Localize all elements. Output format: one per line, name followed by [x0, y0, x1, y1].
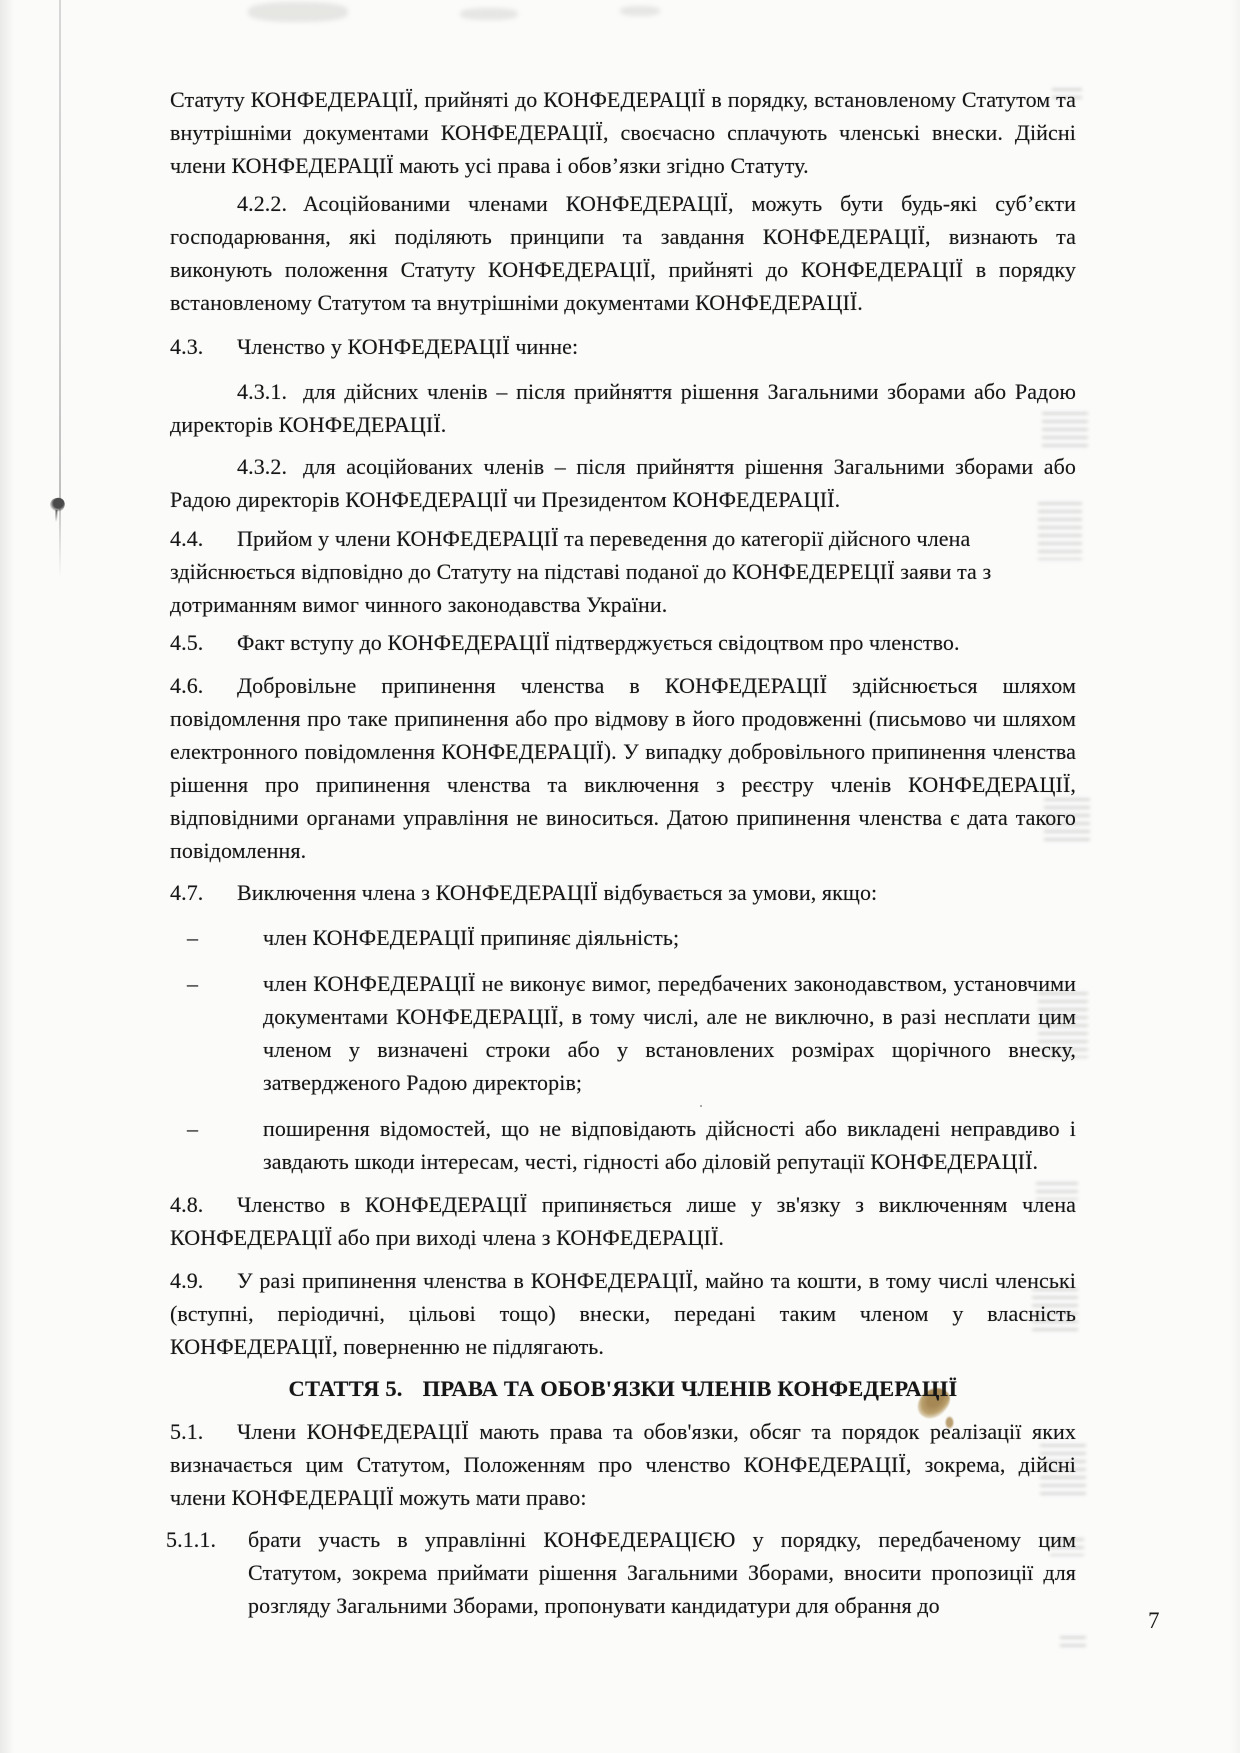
clause-5-1-1: 5.1.1.брати участь в управлінні КОНФЕДЕР… [170, 1523, 1076, 1622]
clause-number: 4.9. [170, 1264, 237, 1297]
clause-text: брати участь в управлінні КОНФЕДЕРАЦІЄЮ … [248, 1527, 1076, 1618]
dash-bullet-marker: – [225, 921, 263, 954]
clause-number: 4.4. [170, 522, 237, 555]
scan-smudge [248, 2, 348, 22]
bullet-text: поширення відомостей, що не відповідають… [263, 1116, 1076, 1174]
bullet-text: член КОНФЕДЕРАЦІЇ припиняє діяльність; [263, 925, 679, 950]
clause-text: Виключення члена з КОНФЕДЕРАЦІЇ відбуває… [237, 880, 877, 905]
page-number: 7 [1148, 1608, 1160, 1634]
clause-number: 4.6. [170, 669, 237, 702]
clause-4-7: 4.7.Виключення члена з КОНФЕДЕРАЦІЇ відб… [170, 876, 1076, 909]
clause-4-5: 4.5.Факт вступу до КОНФЕДЕРАЦІЇ підтверд… [170, 626, 1076, 659]
paragraph-continuation-text: Статуту КОНФЕДЕРАЦІЇ, прийняті до КОНФЕД… [170, 87, 1076, 178]
clause-number: 5.1. [170, 1415, 237, 1448]
clause-4-3-1: 4.3.1.для дійсних членів – після прийнят… [170, 375, 1076, 441]
clause-text: Факт вступу до КОНФЕДЕРАЦІЇ підтверджуєт… [237, 630, 960, 655]
article-5-heading: СТАТТЯ 5.ПРАВА ТА ОБОВ'ЯЗКИ ЧЛЕНІВ КОНФЕ… [170, 1372, 1076, 1406]
clause-text: Членство у КОНФЕДЕРАЦІЇ чинне: [237, 334, 578, 359]
clause-number: 4.3.2. [237, 454, 287, 479]
bullet-item: –поширення відомостей, що не відповідают… [170, 1112, 1076, 1178]
bullet-item: –член КОНФЕДЕРАЦІЇ припиняє діяльність; [170, 921, 1076, 954]
clause-number: 4.3. [170, 330, 237, 363]
clause-text: Асоційованими членами КОНФЕДЕРАЦІЇ, можу… [170, 191, 1076, 315]
clause-number: 4.3.1. [237, 379, 287, 404]
scan-smudge [460, 8, 518, 20]
bullet-item: –член КОНФЕДЕРАЦІЇ не виконує вимог, пер… [170, 967, 1076, 1099]
dash-bullet-marker: – [225, 967, 263, 1000]
clause-number: 4.5. [170, 626, 237, 659]
paragraph-continuation: Статуту КОНФЕДЕРАЦІЇ, прийняті до КОНФЕД… [170, 83, 1076, 182]
clause-text: Членство в КОНФЕДЕРАЦІЇ припиняється лиш… [170, 1192, 1076, 1250]
clause-number: 5.1.1. [207, 1523, 248, 1556]
clause-text: для дійсних членів – після прийняття ріш… [170, 379, 1076, 437]
clause-4-9: 4.9.У разі припинення членства в КОНФЕДЕ… [170, 1264, 1076, 1363]
scan-ink-blot [48, 496, 67, 514]
clause-4-3-2: 4.3.2.для асоційованих членів – після пр… [170, 450, 1076, 516]
clause-text: У разі припинення членства в КОНФЕДЕРАЦІ… [170, 1268, 1076, 1359]
clause-text: Члени КОНФЕДЕРАЦІЇ мають права та обов'я… [170, 1419, 1076, 1510]
article-number: СТАТТЯ 5. [289, 1376, 403, 1401]
bullet-text: член КОНФЕДЕРАЦІЇ не виконує вимог, пере… [263, 971, 1076, 1095]
clause-text: для асоційованих членів – після прийнятт… [170, 454, 1076, 512]
scan-fold-line [59, 0, 61, 578]
clause-number: 4.7. [170, 876, 237, 909]
clause-4-3: 4.3.Членство у КОНФЕДЕРАЦІЇ чинне: [170, 330, 1076, 363]
article-title: ПРАВА ТА ОБОВ'ЯЗКИ ЧЛЕНІВ КОНФЕДЕРАЦІЇ [423, 1376, 958, 1401]
scan-smudge [620, 6, 660, 16]
clause-4-8: 4.8.Членство в КОНФЕДЕРАЦІЇ припиняється… [170, 1188, 1076, 1254]
clause-5-1: 5.1.Члени КОНФЕДЕРАЦІЇ мають права та об… [170, 1415, 1076, 1514]
scan-bleed-artifact [1060, 1636, 1086, 1650]
clause-number: 4.2.2. [237, 191, 287, 216]
clause-text: Добровільне припинення членства в КОНФЕД… [170, 673, 1076, 863]
dash-bullet-marker: – [225, 1112, 263, 1145]
clause-4-2-2: 4.2.2.Асоційованими членами КОНФЕДЕРАЦІЇ… [170, 187, 1076, 319]
clause-4-4: 4.4.Прийом у члени КОНФЕДЕРАЦІЇ та перев… [170, 522, 1076, 621]
clause-text: Прийом у члени КОНФЕДЕРАЦІЇ та переведен… [170, 526, 991, 617]
clause-4-6: 4.6.Добровільне припинення членства в КО… [170, 669, 1076, 867]
clause-number: 4.8. [170, 1188, 237, 1221]
document-page: Статуту КОНФЕДЕРАЦІЇ, прийняті до КОНФЕД… [170, 83, 1076, 1622]
